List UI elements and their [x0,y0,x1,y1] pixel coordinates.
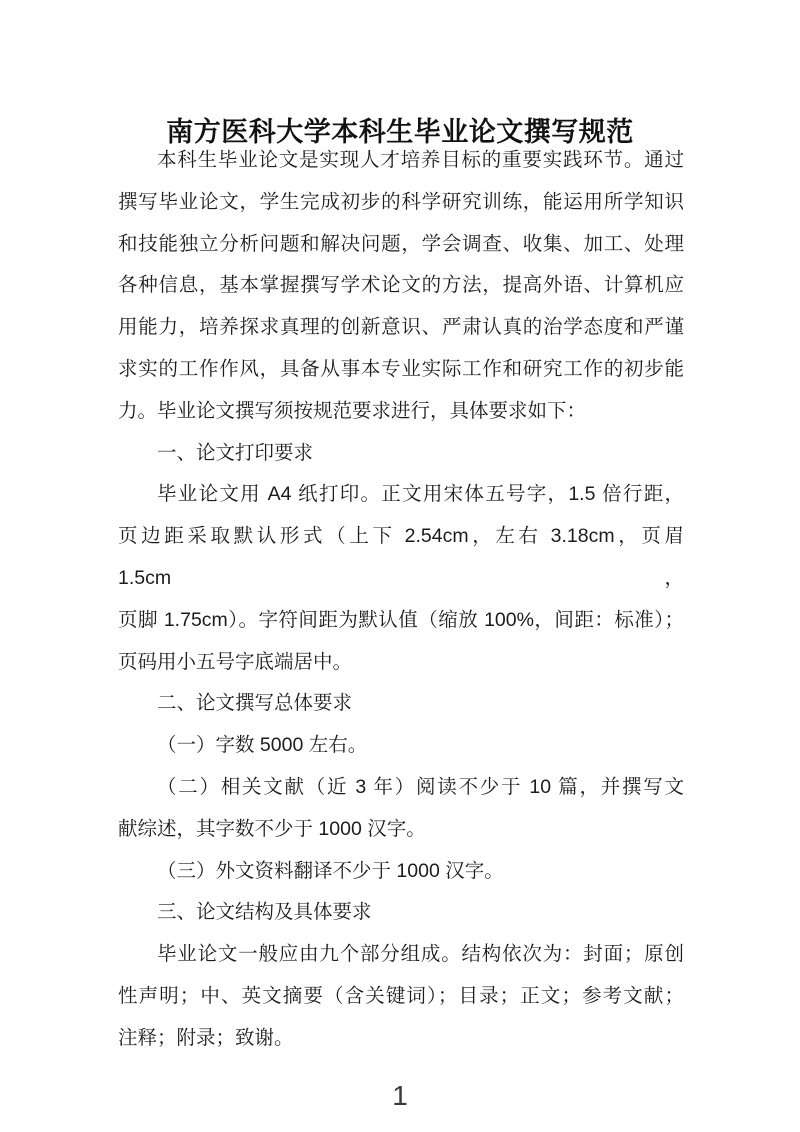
section-heading-1: 一、论文打印要求 [118,433,684,475]
text-line: 页脚 1.75cm）。字符间距为默认值（缩放 100%，间距：标准）； [118,600,684,642]
text-line: 毕业论文用 A4 纸打印。正文用宋体五号字，1.5 倍行距， [118,474,684,516]
section-heading-2: 二、论文撰写总体要求 [118,683,684,725]
text-line: 毕业论文一般应由九个部分组成。结构依次为：封面；原创 [118,934,684,976]
list-item: （一）字数 5000 左右。 [118,725,684,767]
list-item: （三）外文资料翻译不少于 1000 汉字。 [118,851,684,893]
list-item: （二）相关文献（近 3 年）阅读不少于 10 篇，并撰写文 [118,767,684,809]
text-line: 献综述，其字数不少于 1000 汉字。 [118,809,684,851]
text-line: 和技能独立分析问题和解决问题，学会调查、收集、加工、处理 [118,224,684,266]
document-page: 南方医科大学本科生毕业论文撰写规范 本科生毕业论文是实现人才培养目标的重要实践环… [0,0,800,1132]
page-number: 1 [0,1078,800,1114]
text-line: 本科生毕业论文是实现人才培养目标的重要实践环节。通过 [118,140,684,182]
text-line: 页边距采取默认形式（上下 2.54cm，左右 3.18cm，页眉 1.5cm， [118,516,684,600]
text-line: 撰写毕业论文，学生完成初步的科学研究训练，能运用所学知识 [118,182,684,224]
section-heading-3: 三、论文结构及具体要求 [118,892,684,934]
text-line: 各种信息，基本掌握撰写学术论文的方法，提高外语、计算机应 [118,265,684,307]
text-line: 页码用小五号字底端居中。 [118,642,684,684]
text-line: 性声明；中、英文摘要（含关键词）；目录；正文；参考文献； [118,976,684,1018]
text-line: 求实的工作作风，具备从事本专业实际工作和研究工作的初步能 [118,349,684,391]
document-body: 本科生毕业论文是实现人才培养目标的重要实践环节。通过 撰写毕业论文，学生完成初步… [118,140,684,1060]
text-line: 用能力，培养探求真理的创新意识、严肃认真的治学态度和严谨 [118,307,684,349]
text-line: 力。毕业论文撰写须按规范要求进行，具体要求如下： [118,391,684,433]
text-line: 注释；附录；致谢。 [118,1018,684,1060]
